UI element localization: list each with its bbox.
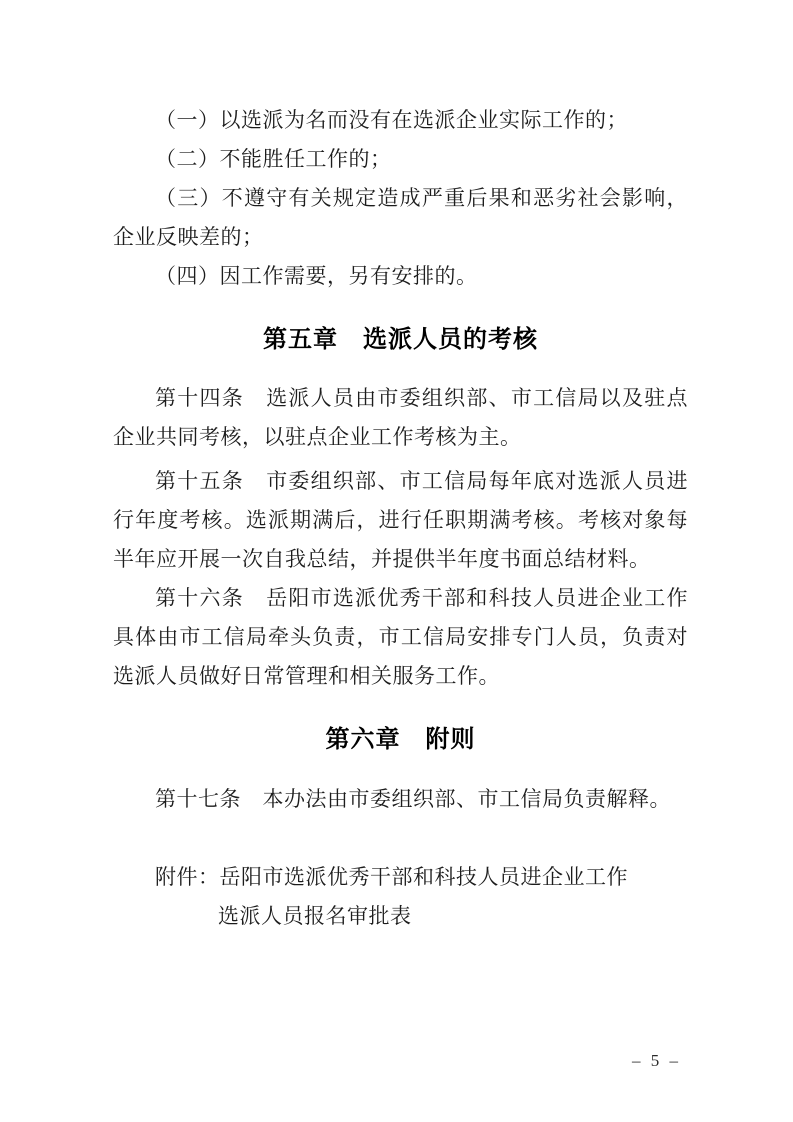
clause-item-1: （一）以选派为名而没有在选派企业实际工作的； [113, 101, 688, 140]
attachment-note: 附件：岳阳市选派优秀干部和科技人员进企业工作 选派人员报名审批表 [113, 858, 688, 936]
page-number: – 5 – [632, 1046, 681, 1076]
document-body: （一）以选派为名而没有在选派企业实际工作的； （二）不能胜任工作的； （三）不遵… [113, 101, 688, 936]
attachment-title-line-1: 附件：岳阳市选派优秀干部和科技人员进企业工作 [113, 858, 688, 897]
clause-item-3: （三）不遵守有关规定造成严重后果和恶劣社会影响，企业反映差的； [113, 179, 688, 257]
attachment-title-line-2: 选派人员报名审批表 [113, 897, 688, 936]
article-17: 第十七条 本办法由市委组织部、市工信局负责解释。 [113, 780, 688, 819]
attachment-label: 附件： [155, 865, 220, 889]
article-14: 第十四条 选派人员由市委组织部、市工信局以及驻点企业共同考核，以驻点企业工作考核… [113, 379, 688, 457]
attachment-title-text: 岳阳市选派优秀干部和科技人员进企业工作 [220, 865, 629, 889]
article-15: 第十五条 市委组织部、市工信局每年底对选派人员进行年度考核。选派期满后，进行任职… [113, 462, 688, 579]
article-16: 第十六条 岳阳市选派优秀干部和科技人员进企业工作具体由市工信局牵头负责，市工信局… [113, 579, 688, 696]
clause-item-2: （二）不能胜任工作的； [113, 140, 688, 179]
chapter-5-heading: 第五章 选派人员的考核 [113, 320, 688, 360]
clause-item-4: （四）因工作需要，另有安排的。 [113, 257, 688, 296]
document-page: （一）以选派为名而没有在选派企业实际工作的； （二）不能胜任工作的； （三）不遵… [0, 0, 793, 1122]
chapter-6-heading: 第六章 附则 [113, 720, 688, 760]
